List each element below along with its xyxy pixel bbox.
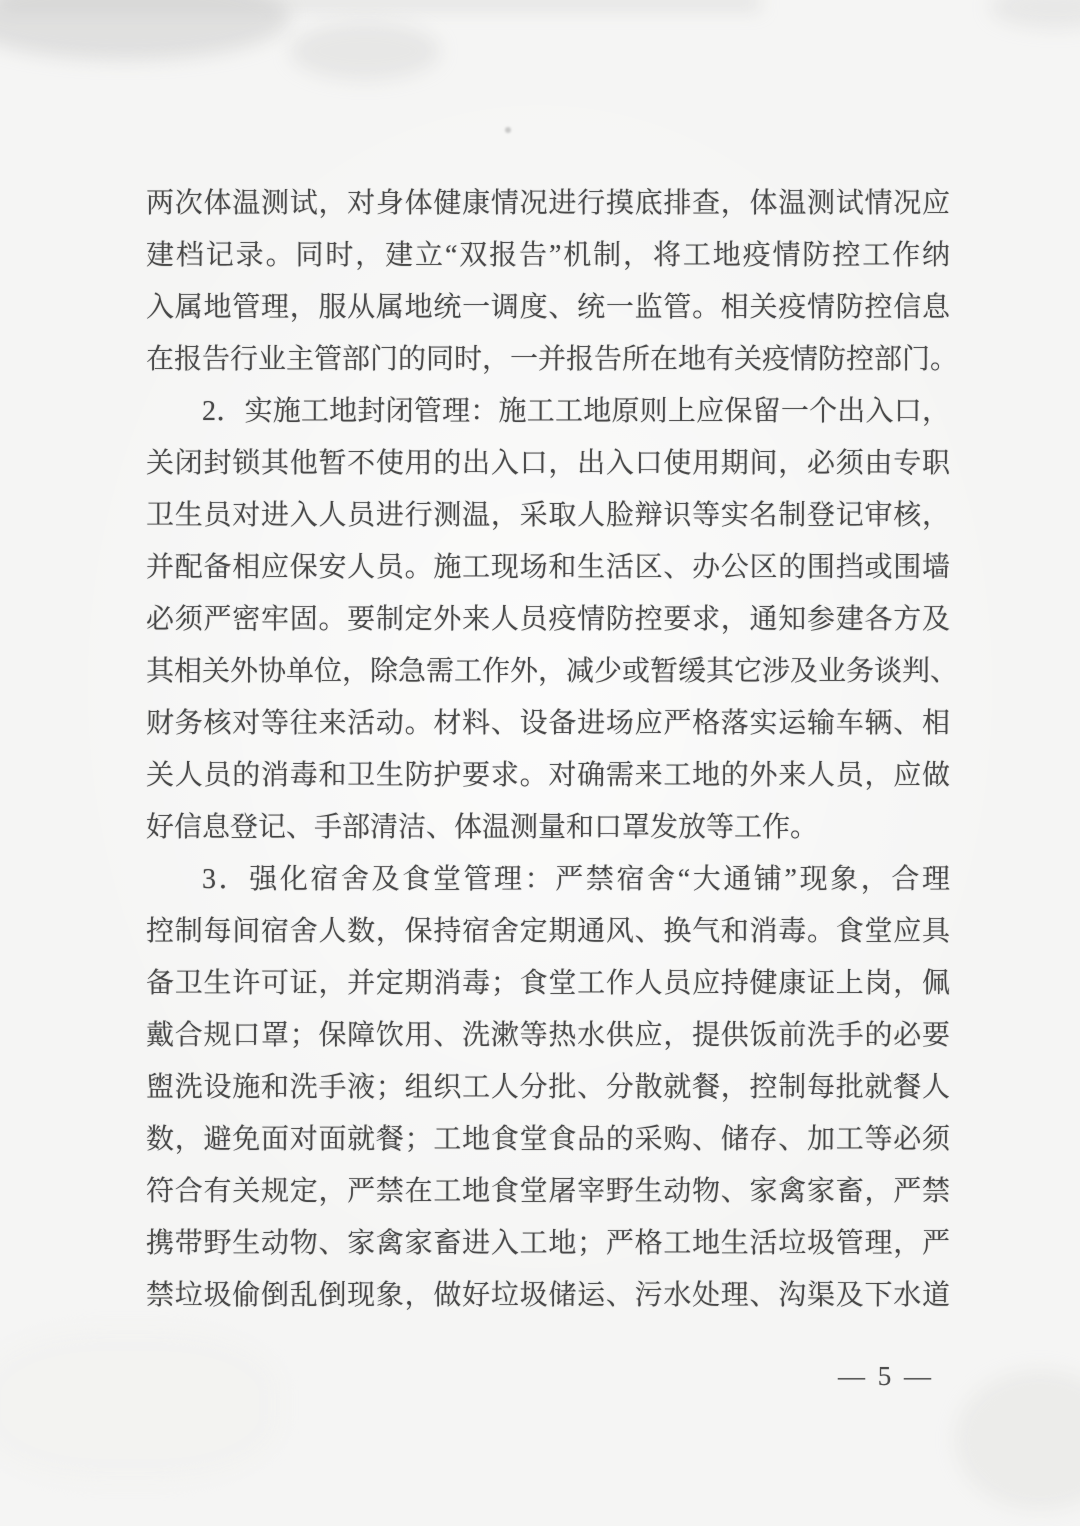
text-line: 盥洗设施和洗手液；组织工人分批、分散就餐，控制每批就餐人 <box>146 1062 950 1114</box>
text-line: 符合有关规定，严禁在工地食堂屠宰野生动物、家禽家畜，严禁 <box>146 1166 950 1218</box>
text-line: 数，避免面对面就餐；工地食堂食品的采购、储存、加工等必须 <box>146 1114 950 1166</box>
text-line: 其相关外协单位，除急需工作外，减少或暂缓其它涉及业务谈判、 <box>146 646 950 698</box>
scan-artifact-bottom-right <box>955 1370 1080 1510</box>
text-line: 控制每间宿舍人数，保持宿舍定期通风、换气和消毒。食堂应具 <box>146 906 950 958</box>
text-line: 2．实施工地封闭管理：施工工地原则上应保留一个出入口， <box>146 386 950 438</box>
text-line: 财务核对等往来活动。材料、设备进场应严格落实运输车辆、相 <box>146 698 950 750</box>
scan-artifact-top-middle <box>290 22 440 80</box>
page-number: — 5 — <box>838 1356 934 1396</box>
text-line: 并配备相应保安人员。施工现场和生活区、办公区的围挡或围墙 <box>146 542 950 594</box>
scan-artifact-bottom-left <box>0 1330 280 1480</box>
scan-speck <box>505 127 511 133</box>
text-line: 卫生员对进入人员进行测温，采取人脸辩识等实名制登记审核， <box>146 490 950 542</box>
text-line: 两次体温测试，对身体健康情况进行摸底排查，体温测试情况应 <box>146 178 950 230</box>
text-line: 备卫生许可证，并定期消毒；食堂工作人员应持健康证上岗，佩 <box>146 958 950 1010</box>
scan-artifact-top-left <box>0 0 290 60</box>
text-line: 好信息登记、手部清洁、体温测量和口罩发放等工作。 <box>146 802 950 854</box>
document-page: 两次体温测试，对身体健康情况进行摸底排查，体温测试情况应建档记录。同时，建立“双… <box>0 0 1080 1526</box>
text-line: 携带野生动物、家禽家畜进入工地；严格工地生活垃圾管理，严 <box>146 1218 950 1270</box>
text-line: 必须严密牢固。要制定外来人员疫情防控要求，通知参建各方及 <box>146 594 950 646</box>
text-line: 在报告行业主管部门的同时，一并报告所在地有关疫情防控部门。 <box>146 334 950 386</box>
scan-artifact-top-right <box>990 0 1080 28</box>
text-line: 入属地管理，服从属地统一调度、统一监管。相关疫情防控信息 <box>146 282 950 334</box>
text-line: 关闭封锁其他暂不使用的出入口，出入口使用期间，必须由专职 <box>146 438 950 490</box>
text-line: 3．强化宿舍及食堂管理：严禁宿舍“大通铺”现象，合理 <box>146 854 950 906</box>
text-line: 建档记录。同时，建立“双报告”机制，将工地疫情防控工作纳 <box>146 230 950 282</box>
text-line: 关人员的消毒和卫生防护要求。对确需来工地的外来人员，应做 <box>146 750 950 802</box>
document-body: 两次体温测试，对身体健康情况进行摸底排查，体温测试情况应建档记录。同时，建立“双… <box>146 178 950 1322</box>
text-line: 戴合规口罩；保障饮用、洗漱等热水供应，提供饭前洗手的必要 <box>146 1010 950 1062</box>
scan-artifact-top-edge <box>0 0 760 10</box>
text-line: 禁垃圾偷倒乱倒现象，做好垃圾储运、污水处理、沟渠及下水道 <box>146 1270 950 1322</box>
